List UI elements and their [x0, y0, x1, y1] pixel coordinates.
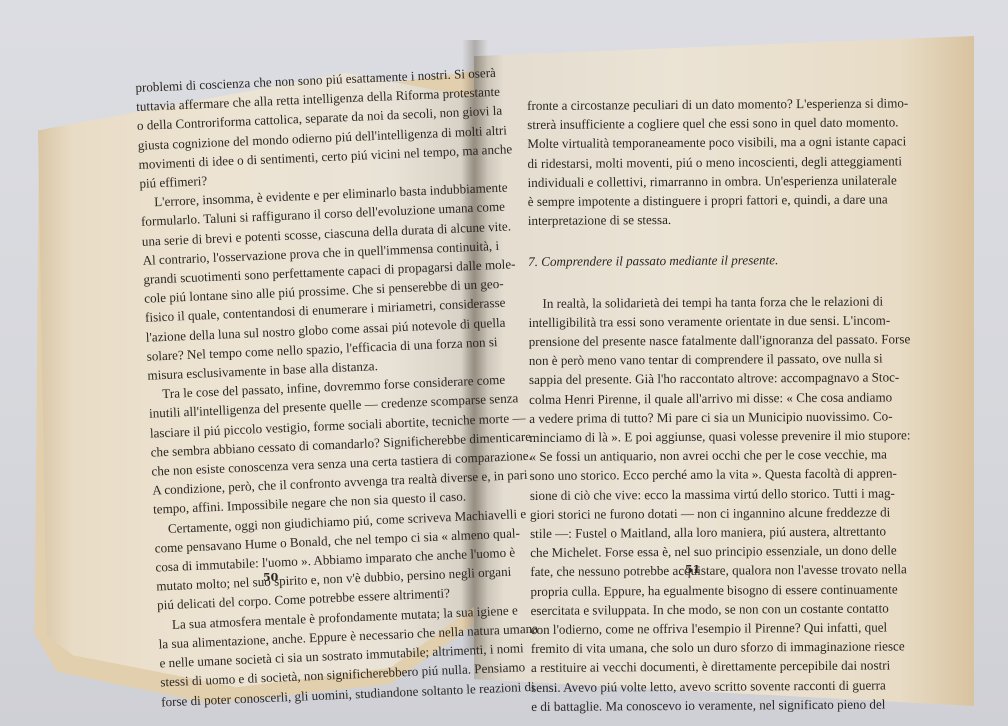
text-line: In realtà, la solidarietà dei tempi ha t…	[528, 291, 858, 313]
page-number-left: 50	[263, 571, 278, 584]
text-line: individuali e collettivi, rimarranno in …	[528, 171, 858, 193]
text-line: minciamo di là ». E poi aggiunse, quasi …	[529, 426, 859, 448]
text-line: esercitata e sviluppata. In che modo, se…	[531, 599, 861, 621]
text-line: sione di ciò che vive: ecco la massima v…	[530, 483, 860, 505]
text-line: fremito di vita umana, che solo un duro …	[531, 637, 861, 659]
text-line: Molte virtualità temporaneamente poco vi…	[527, 132, 857, 154]
text-line: stile —: Fustel o Maitland, alla loro ma…	[530, 522, 860, 544]
text-line: e di battaglie. Ma conoscevo io verament…	[531, 695, 861, 717]
text-line: interpretazione di se stessa.	[528, 209, 858, 231]
open-book: problemi di coscienza che non sono piú e…	[0, 0, 1008, 726]
text-line: « Se fossi un antiquario, non avrei occh…	[529, 445, 859, 467]
text-line: prensione del presente nasce fatalmente …	[529, 330, 859, 352]
left-page-text: problemi di coscienza che non sono piú e…	[135, 65, 471, 711]
text-line: propria culla. Eppure, ha egualmente bis…	[530, 579, 860, 601]
text-line: è sempre impotente a distinguere i propr…	[528, 190, 858, 212]
text-line: di ridestarsi, molti moventi, piú o meno…	[527, 151, 857, 173]
right-page-text: fronte a circostanze peculiari di un dat…	[527, 94, 861, 716]
text-line: che Michelet. Forse essa è, nel suo prin…	[530, 541, 860, 563]
text-line: sono uno storico. Ecco perché amo la vit…	[530, 464, 860, 486]
page-number-right: 51	[685, 563, 700, 576]
text-line: strerà insufficiente a cogliere quel che…	[527, 113, 857, 135]
text-line: con l'odierno, come ne offriva l'esempio…	[531, 618, 861, 640]
section-heading: 7. Comprendere il passato mediante il pr…	[528, 250, 858, 272]
text-line: colma Henri Pirenne, il quale all'arrivo…	[529, 387, 859, 409]
text-line: non è però meno vano tentar di comprende…	[529, 349, 859, 371]
text-line: fronte a circostanze peculiari di un dat…	[527, 94, 857, 116]
text-line: a vedere prima di tutto? Mi pare ci sia …	[529, 407, 859, 429]
text-line: intelligibilità tra essi sono veramente …	[529, 311, 859, 333]
text-line: sappia del presente. Già l'ho raccontato…	[529, 368, 859, 390]
text-line: a restituire ai vecchi documenti, è dire…	[531, 656, 861, 678]
text-line: giori storici ne furono dotati — non ci …	[530, 503, 860, 525]
text-line: sensi. Avevo piú volte letto, avevo scri…	[531, 675, 861, 697]
